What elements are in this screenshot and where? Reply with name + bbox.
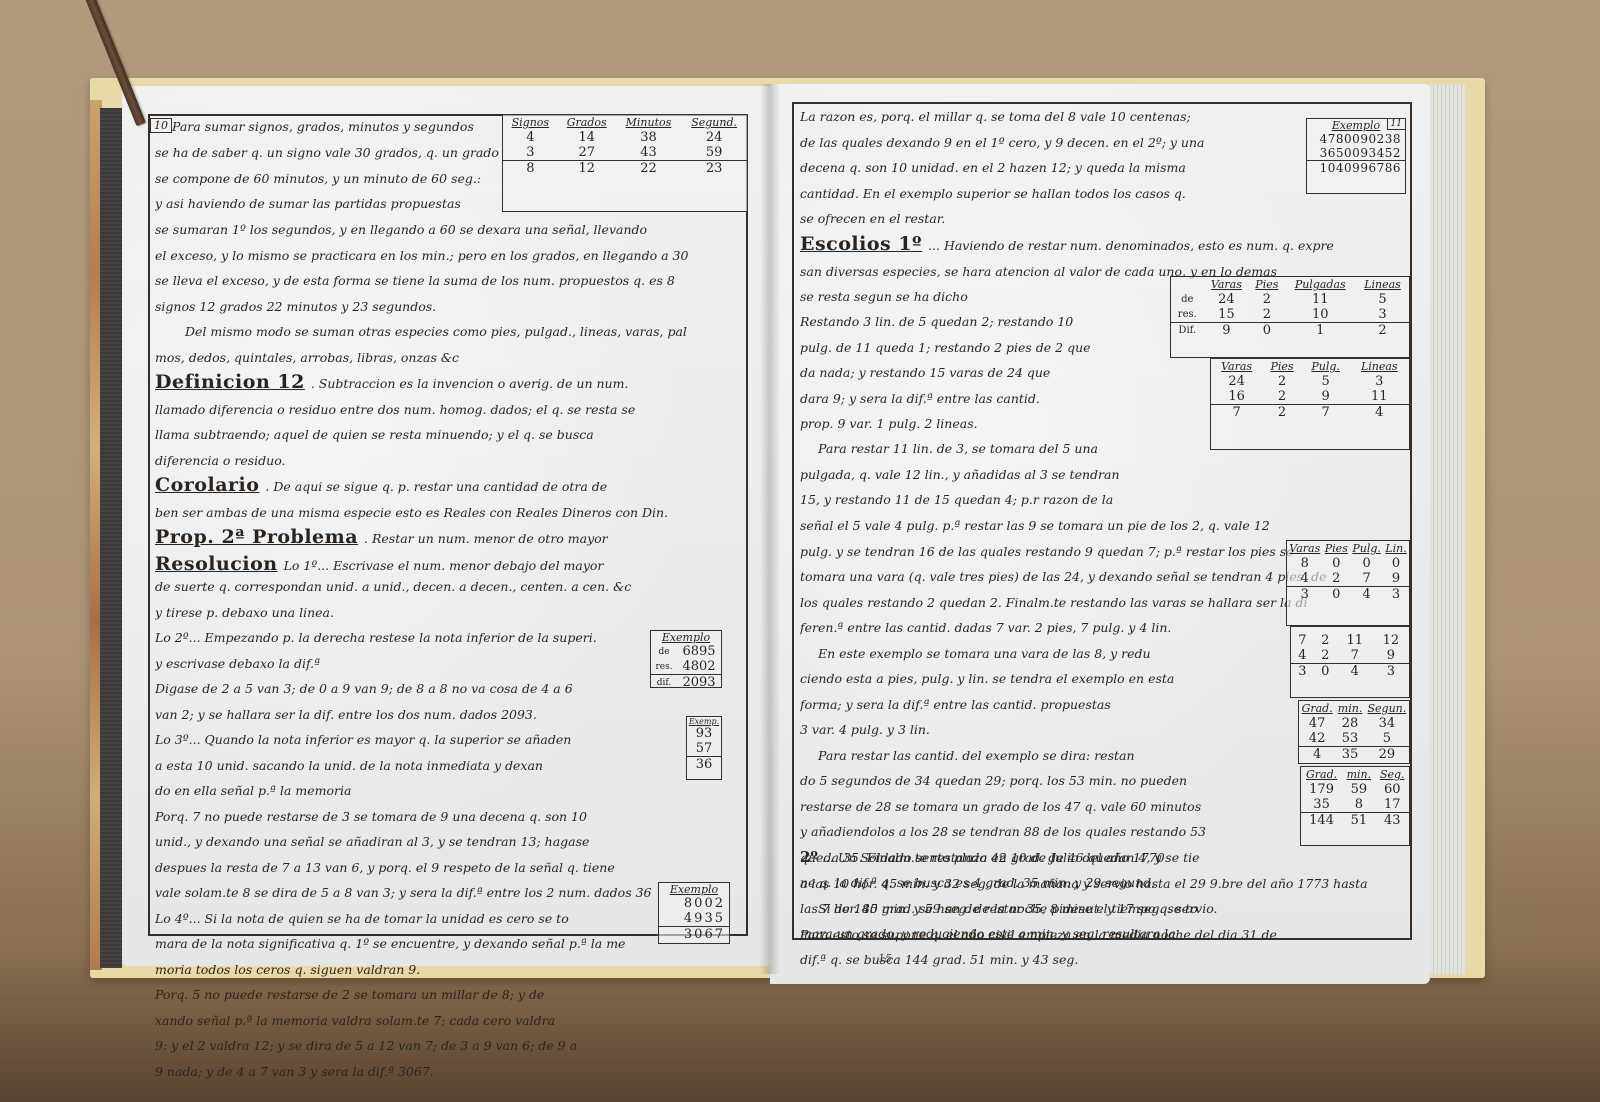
table-cell: 7 <box>1291 633 1314 648</box>
table-cell: 93 <box>687 726 721 741</box>
table-cell: 1040996786 <box>1307 160 1405 175</box>
table-cell: 43 <box>616 145 682 161</box>
table-cell: 0 <box>1383 556 1409 571</box>
text-line: 3 var. 4 pulg. y 3 lin. <box>800 717 1270 743</box>
table-cell: 9 <box>1373 648 1409 664</box>
table-header <box>1171 277 1204 292</box>
table-header: Minutos <box>616 115 682 130</box>
resolucion-body: de suerte q. correspondan unid. a unid.,… <box>155 574 665 1084</box>
text-line: despues la resta de 7 a 13 van 6, y porq… <box>155 855 665 881</box>
text-line: Para restar 11 lin. de 3, se tomara del … <box>800 436 1185 462</box>
table-cell: 0 <box>1323 556 1351 571</box>
table-header: Pulgadas <box>1284 277 1356 292</box>
text-line: llamado diferencia o residuo entre dos n… <box>155 397 740 423</box>
table-cell: 5 <box>1302 374 1350 389</box>
table-cell: res. <box>1171 307 1204 323</box>
table-header: Segund. <box>681 115 747 130</box>
table-header: Varas <box>1211 359 1262 374</box>
text-line: La razon es, porq. el millar q. se toma … <box>800 104 1305 130</box>
text-line: Para restar las cantid. del exemplo se d… <box>800 743 1270 769</box>
table-cell: 5 <box>1356 292 1409 307</box>
table-header: min. <box>1342 767 1375 782</box>
table-cell: 4 <box>503 130 558 145</box>
folio-mark: 15 <box>878 952 892 965</box>
table-cell: dif. <box>651 675 677 691</box>
table-cell: 22 <box>616 161 682 177</box>
text-line: signos 12 grados 22 minutos y 23 segundo… <box>155 294 740 320</box>
text-line: . De aqui se sigue q. p. restar una cant… <box>265 479 607 494</box>
text-line: . Subtraccion es la invencion o averig. … <box>311 376 629 391</box>
table-header: Grados <box>558 115 616 130</box>
text-line: Lo 2º... Empezando p. la derecha restese… <box>155 625 665 651</box>
text-line: y tirese p. debaxo una linea. <box>155 600 665 626</box>
table-cell: 4 <box>1337 664 1373 680</box>
text-line: ... Haviendo de restar num. denominados,… <box>928 238 1334 253</box>
text-line: a esta 10 unid. sacando la unid. de la n… <box>155 753 665 779</box>
text-line: do en ella señal p.ª la memoria <box>155 778 665 804</box>
table-cell: 2 <box>1323 571 1351 587</box>
book-gutter <box>760 84 780 974</box>
escolios-heading: Escolios 1º <box>800 233 922 255</box>
exemplo-3-table: Exemplo 8002 4935 3067 <box>658 882 730 944</box>
problem-2-label: 2º <box>800 848 818 866</box>
text-line: 9 nada; y de 4 a 7 van 3 y sera la dif.ª… <box>155 1059 665 1085</box>
table-cell: 36 <box>687 756 721 772</box>
text-line: Porq. 5 no puede restarse de 2 se tomara… <box>155 982 665 1008</box>
table-cell: 11 <box>1350 389 1410 405</box>
table-cell: 4802 <box>677 659 721 675</box>
table-cell: 11 <box>1284 292 1356 307</box>
table-cell: 3 <box>1356 307 1409 323</box>
table-cell: 47 <box>1299 716 1335 731</box>
table-cell: 8 <box>1342 797 1375 813</box>
table-cell: de <box>1171 292 1204 307</box>
text-line: el exceso, y lo mismo se practicara en l… <box>155 243 740 269</box>
table-cell: 23 <box>681 161 747 177</box>
text-line: se ha de saber q. un signo vale 30 grado… <box>155 140 500 166</box>
text-line: señal el 5 vale 4 pulg. p.ª restar las 9… <box>800 513 1405 539</box>
table-cell: 3650093452 <box>1307 146 1405 160</box>
text-line: En este exemplo se tomara una vara de la… <box>800 641 1270 667</box>
table-cell: 3 <box>1373 664 1409 680</box>
text-line: . Restar un num. menor de otro mayor <box>364 531 608 546</box>
page-number: 10 <box>150 118 172 133</box>
table-cell: 2 <box>1356 323 1409 339</box>
text-line: Para esto se supone q. el año civil empi… <box>800 922 1405 948</box>
table-header: Seg. <box>1376 767 1409 782</box>
table-header: Signos <box>503 115 558 130</box>
table-caption: Exemplo <box>659 883 729 896</box>
table-cell: 7 <box>1302 405 1350 421</box>
table-caption: Exemplo <box>651 631 721 644</box>
table-cell: 0 <box>1249 323 1284 339</box>
text-line: las 7 hor. 45 min. y 59 seg. de la noche… <box>800 896 1405 922</box>
table-cell: 53 <box>1335 731 1364 747</box>
signos-table: SignosGradosMinutosSegund. 4143824 32743… <box>502 114 748 212</box>
table-cell: 2 <box>1262 374 1302 389</box>
table-cell: 4780090238 <box>1307 132 1405 146</box>
table-cell: 2 <box>1249 307 1284 323</box>
table-cell: 57 <box>687 741 721 756</box>
varas-table-4: 721112 4279 3043 <box>1290 626 1410 698</box>
table-cell: 0 <box>1323 587 1351 603</box>
text-line: mos, dedos, quintales, arrobas, libras, … <box>155 345 740 371</box>
text-line: feren.ª entre las cantid. dadas 7 var. 2… <box>800 615 1270 641</box>
table-cell: 3067 <box>659 926 729 942</box>
table-cell: 4 <box>1350 587 1383 603</box>
table-cell: 2 <box>1249 292 1284 307</box>
table-cell: 42 <box>1299 731 1335 747</box>
table-cell: 3 <box>503 145 558 161</box>
left-body-1: se sumaran 1º los segundos, y en llegand… <box>155 217 740 370</box>
table-cell: 7 <box>1350 571 1383 587</box>
table-cell: de <box>651 644 677 659</box>
table-cell: 17 <box>1376 797 1409 813</box>
table-cell: 27 <box>558 145 616 161</box>
table-cell: 12 <box>558 161 616 177</box>
definicion-section: Definicion 12. Subtraccion es la invenci… <box>155 370 740 578</box>
text-line: Lo 4º... Si la nota de quien se ha de to… <box>155 906 665 932</box>
text-line: de suerte q. correspondan unid. a unid.,… <box>155 574 665 600</box>
table-cell: 51 <box>1342 813 1375 829</box>
text-line: unid., y dexando una señal se añadiran a… <box>155 829 665 855</box>
table-cell: 9 <box>1204 323 1250 339</box>
table-header: Pulg. <box>1302 359 1350 374</box>
table-cell: 1 <box>1284 323 1356 339</box>
corolario-heading: Corolario <box>155 474 259 496</box>
table-header: Varas <box>1204 277 1250 292</box>
text-line: pulg. de 11 queda 1; restando 2 pies de … <box>800 335 1145 361</box>
text-line: se ofrecen en el restar. <box>800 206 1305 232</box>
table-cell: Dif. <box>1171 323 1204 339</box>
table-header: Segun. <box>1365 701 1409 716</box>
table-cell: 38 <box>616 130 682 145</box>
table-header: Pies <box>1249 277 1284 292</box>
text-line: da nada; y restando 15 varas de 24 que <box>800 360 1145 386</box>
text-line: ciendo esta a pies, pulg. y lin. se tend… <box>800 666 1270 692</box>
page-edges <box>1430 84 1465 974</box>
grados-table-2: Grad.min.Seg. 1795960 35817 1445143 <box>1300 766 1410 846</box>
text-line: cantidad. En el exemplo superior se hall… <box>800 181 1305 207</box>
table-cell: 2 <box>1262 389 1302 405</box>
text-line: mara de la nota significativa q. 1º se e… <box>155 931 665 957</box>
proposicion-heading: Prop. 2ª Problema <box>155 526 358 548</box>
escolios-body-1: Restando 3 lin. de 5 quedan 2; restando … <box>800 309 1145 437</box>
text-line: van 2; y se hallara ser la dif. entre lo… <box>155 702 665 728</box>
table-header: Pies <box>1323 541 1351 556</box>
text-line: Para sumar signos, grados, minutos y seg… <box>172 114 502 140</box>
text-line: ... Un Soldado sento plaza en 10 de Juli… <box>822 850 1165 865</box>
right-intro: La razon es, porq. el millar q. se toma … <box>800 104 1305 232</box>
text-line: Lo 3º... Quando la nota inferior es mayo… <box>155 727 665 753</box>
table-cell: 29 <box>1365 747 1409 763</box>
text-line: ben ser ambas de una misma especie esto … <box>155 500 740 526</box>
table-cell: res. <box>651 659 677 675</box>
text-line: Lo 1º... Escrivase el num. menor debajo … <box>284 558 604 573</box>
table-header: Grad. <box>1299 701 1335 716</box>
table-cell: 34 <box>1365 716 1409 731</box>
text-line: diferencia o residuo. <box>155 448 740 474</box>
text-line: moria todos los ceros q. siguen valdran … <box>155 957 665 983</box>
table-cell: 144 <box>1301 813 1342 829</box>
table-cell: 3 <box>1291 664 1314 680</box>
table-cell: 2 <box>1314 648 1337 664</box>
table-cell: 4 <box>1350 405 1410 421</box>
table-cell: 59 <box>681 145 747 161</box>
text-line: decena q. son 10 unidad. en el 2 hazen 1… <box>800 155 1305 181</box>
table-cell: 4 <box>1287 571 1323 587</box>
text-line: prop. 9 var. 1 pulg. 2 lineas. <box>800 411 1145 437</box>
text-line: Digase de 2 a 5 van 3; de 0 a 9 van 9; d… <box>155 676 665 702</box>
table-cell: 5 <box>1365 731 1409 747</box>
varas-table-1: VarasPiesPulgadasLineas de242115 res.152… <box>1170 276 1410 358</box>
table-cell: 9 <box>1383 571 1409 587</box>
problem-2-section: 2º... Un Soldado sento plaza en 10 de Ju… <box>800 845 1405 947</box>
escolios-body-2: Para restar 11 lin. de 3, se tomara del … <box>800 436 1185 513</box>
text-line: llama subtraendo; aquel de quien se rest… <box>155 422 740 448</box>
text-line: 15, y restando 11 de 15 quedan 4; p.r ra… <box>800 487 1185 513</box>
definicion-heading: Definicion 12 <box>155 371 305 393</box>
text-line: restarse de 28 se tomara un grado de los… <box>800 794 1270 820</box>
exemplo-2-table: Exemp. 93 57 36 <box>686 716 722 780</box>
table-cell: 24 <box>1204 292 1250 307</box>
table-cell: 3 <box>1287 587 1323 603</box>
text-line: y asi haviendo de sumar las partidas pro… <box>155 191 500 217</box>
table-header: min. <box>1335 701 1364 716</box>
varas-table-2: VarasPiesPulg.Lineas 24253 162911 7274 <box>1210 358 1410 450</box>
table-cell: 10 <box>1284 307 1356 323</box>
text-line: Del mismo modo se suman otras especies c… <box>155 319 740 345</box>
table-cell: 60 <box>1376 782 1409 797</box>
text-line: dara 9; y sera la dif.ª entre las cantid… <box>800 386 1145 412</box>
text-line: y escrivase debaxo la dif.ª <box>155 651 665 677</box>
table-cell: 11 <box>1337 633 1373 648</box>
resolucion-heading: Resolucion <box>155 553 278 575</box>
table-header: Pies <box>1262 359 1302 374</box>
left-intro: Para sumar signos, grados, minutos y seg… <box>172 114 502 140</box>
table-header: Lineas <box>1356 277 1409 292</box>
text-line: pulgada, q. vale 12 lin., y añadidas al … <box>800 462 1185 488</box>
table-header: Grad. <box>1301 767 1342 782</box>
table-cell: 35 <box>1301 797 1342 813</box>
table-cell: 7 <box>1337 648 1373 664</box>
table-cell: 0 <box>1314 664 1337 680</box>
table-cell: 3 <box>1383 587 1409 603</box>
text-line: se lleva el exceso, y de esta forma se t… <box>155 268 740 294</box>
table-cell: 28 <box>1335 716 1364 731</box>
text-line: 9: y el 2 valdra 12; y se dira de 5 a 12… <box>155 1033 665 1059</box>
table-header: Lin. <box>1383 541 1409 556</box>
table-cell: 8 <box>503 161 558 177</box>
table-cell: 24 <box>1211 374 1262 389</box>
text-line: forma; y sera la dif.ª entre las cantid.… <box>800 692 1270 718</box>
text-line: se sumaran 1º los segundos, y en llegand… <box>155 217 740 243</box>
table-caption: Exemp. <box>687 717 721 726</box>
text-line: a las 10 hor. 45 min. y 32 seg. de la ma… <box>800 871 1405 897</box>
text-line: Restando 3 lin. de 5 quedan 2; restando … <box>800 309 1145 335</box>
table-cell: 15 <box>1204 307 1250 323</box>
table-header: Pulg. <box>1350 541 1383 556</box>
table-cell: 35 <box>1335 747 1364 763</box>
table-cell: 6895 <box>677 644 721 659</box>
table-cell: 3 <box>1350 374 1410 389</box>
table-cell: 24 <box>681 130 747 145</box>
exemplo-11-table: Exemplo 11 4780090238 3650093452 1040996… <box>1306 118 1406 194</box>
exemplo-1-table: Exemplo de6895 res.4802 dif.2093 <box>650 630 722 688</box>
table-cell: 16 <box>1211 389 1262 405</box>
table-cell: 12 <box>1373 633 1409 648</box>
table-cell: 4935 <box>659 911 729 926</box>
table-cell: 2 <box>1262 405 1302 421</box>
table-cell: 8 <box>1287 556 1323 571</box>
spine-binding <box>100 108 122 968</box>
varas-table-3: VarasPiesPulg.Lin. 8000 4279 3043 <box>1286 540 1410 626</box>
left-intro-cont: se ha de saber q. un signo vale 30 grado… <box>155 140 500 217</box>
text-line: de las quales dexando 9 en el 1º cero, y… <box>800 130 1305 156</box>
text-line: vale solam.te 8 se dira de 5 a 8 van 3; … <box>155 880 665 906</box>
text-line: Porq. 7 no puede restarse de 3 se tomara… <box>155 804 665 830</box>
table-cell: 7 <box>1211 405 1262 421</box>
table-header: Varas <box>1287 541 1323 556</box>
text-line: dif.ª q. se busca 144 grad. 51 min. y 43… <box>800 947 1270 973</box>
table-cell: 2 <box>1314 633 1337 648</box>
grados-table-1: Grad.min.Segun. 472834 42535 43529 <box>1298 700 1410 764</box>
text-line: se compone de 60 minutos, y un minuto de… <box>155 166 500 192</box>
table-cell: 179 <box>1301 782 1342 797</box>
text-line: y añadiendolos a los 28 se tendran 88 de… <box>800 819 1270 845</box>
text-line: xando señal p.ª la memoria valdra solam.… <box>155 1008 665 1034</box>
table-cell: 59 <box>1342 782 1375 797</box>
table-cell: 43 <box>1376 813 1409 829</box>
table-header: Lineas <box>1350 359 1410 374</box>
page-number: 11 <box>1387 118 1406 130</box>
table-cell: 9 <box>1302 389 1350 405</box>
table-cell: 14 <box>558 130 616 145</box>
table-cell: 4 <box>1291 648 1314 664</box>
table-cell: 4 <box>1299 747 1335 763</box>
text-line: do 5 segundos de 34 quedan 29; porq. los… <box>800 768 1270 794</box>
table-cell: 0 <box>1350 556 1383 571</box>
table-cell: 8002 <box>659 896 729 911</box>
table-cell: 2093 <box>677 675 721 691</box>
